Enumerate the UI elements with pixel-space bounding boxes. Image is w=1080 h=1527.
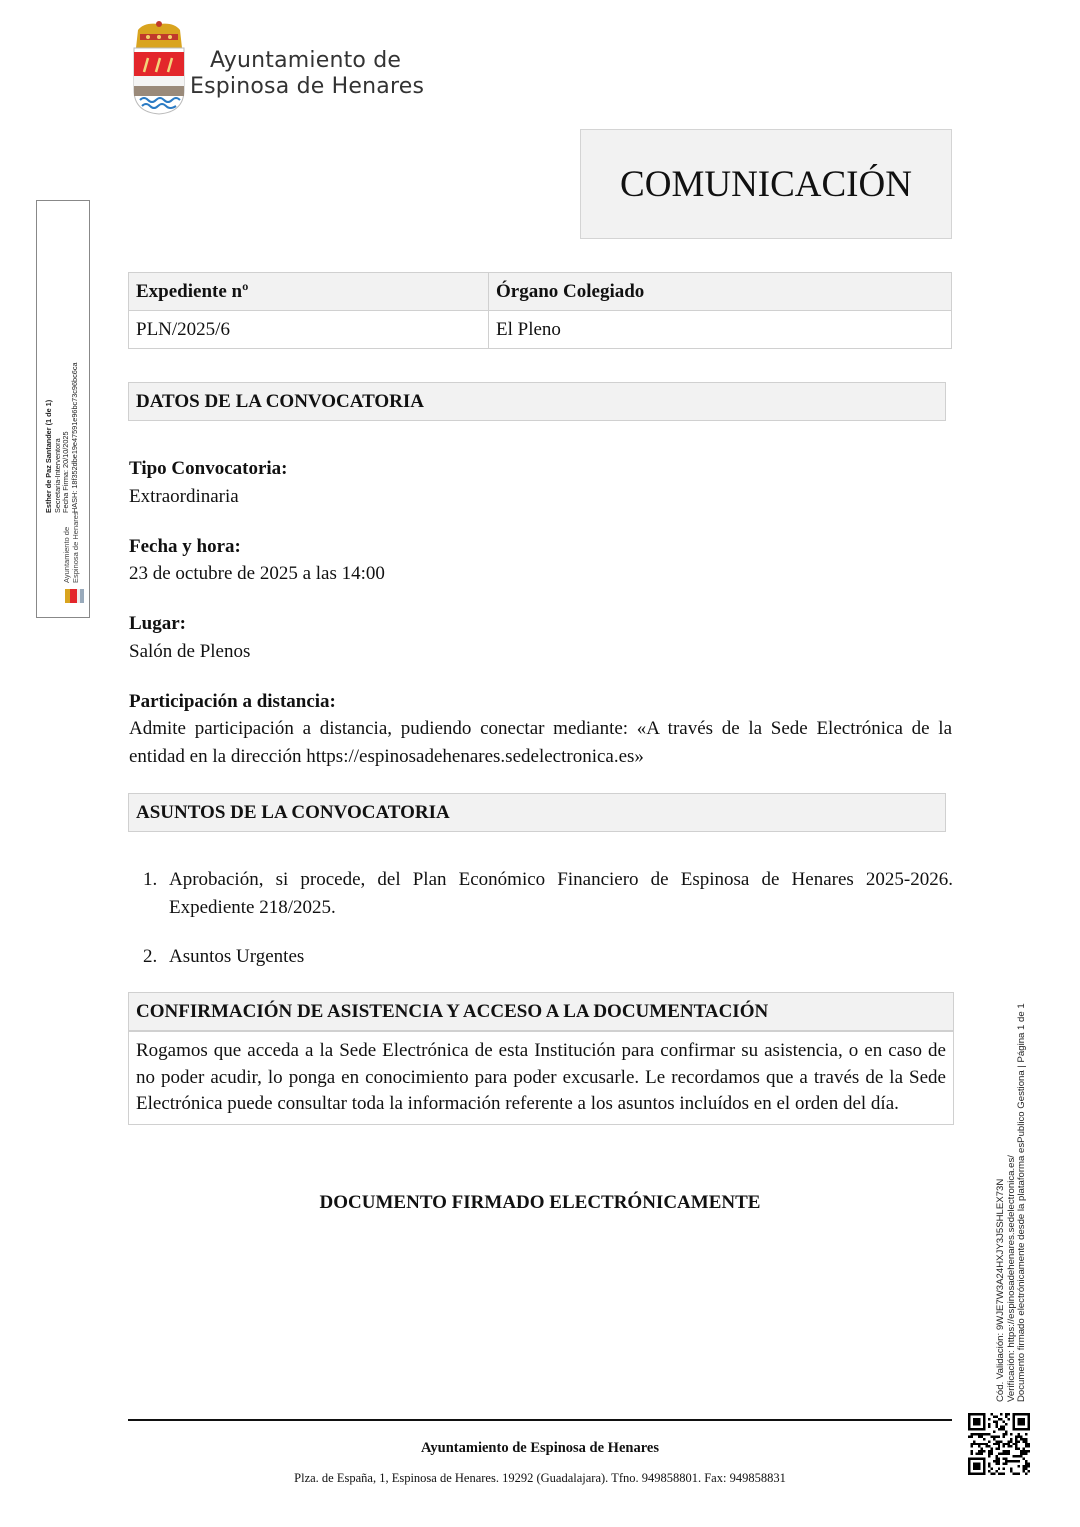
agenda-item-text: Aprobación, si procede, del Plan Económi… bbox=[169, 866, 953, 922]
participacion-label: Participación a distancia: bbox=[129, 691, 336, 713]
lugar-value: Salón de Plenos bbox=[129, 641, 250, 663]
confirmation-box: CONFIRMACIÓN DE ASISTENCIA Y ACCESO A LA… bbox=[128, 992, 954, 1125]
participacion-value: Admite participación a distancia, pudien… bbox=[129, 715, 952, 771]
header-expediente: Expediente nº bbox=[129, 273, 489, 311]
lugar-label: Lugar: bbox=[129, 613, 186, 635]
section-asuntos-header: ASUNTOS DE LA CONVOCATORIA bbox=[128, 793, 946, 832]
organo-value: El Pleno bbox=[489, 311, 952, 349]
fecha-hora-label: Fecha y hora: bbox=[129, 536, 241, 558]
agenda-item: 2. Asuntos Urgentes bbox=[143, 943, 953, 971]
confirmation-text: Rogamos que acceda a la Sede Electrónica… bbox=[129, 1032, 953, 1124]
tipo-convocatoria-value: Extraordinaria bbox=[129, 486, 239, 508]
signed-notice: DOCUMENTO FIRMADO ELECTRÓNICAMENTE bbox=[0, 1192, 1080, 1214]
validation-code: Cód. Validación: 9WJE7W3A24HXJY3J5SHLEX7… bbox=[996, 950, 1007, 1402]
coat-of-arms-icon bbox=[130, 20, 188, 116]
agenda-item-text: Asuntos Urgentes bbox=[169, 943, 953, 971]
stamp-org-name: Ayuntamiento de Espinosa de Henares bbox=[63, 511, 80, 583]
stamp-hash: HASH: 18f352dbe19e47591e96bc73c96bc6ca bbox=[71, 362, 80, 513]
signature-stamp: Ayuntamiento de Espinosa de Henares Esth… bbox=[36, 200, 90, 618]
coat-of-arms-icon bbox=[65, 587, 85, 605]
validation-platform: Documento firmado electrónicamente desde… bbox=[1017, 950, 1028, 1402]
document-type-title: COMUNICACIÓN bbox=[580, 129, 952, 239]
footer-org-name: Ayuntamiento de Espinosa de Henares bbox=[0, 1440, 1080, 1457]
qr-code-icon bbox=[968, 1413, 1030, 1475]
expediente-table: Expediente nº Órgano Colegiado PLN/2025/… bbox=[128, 272, 952, 349]
agenda-item-number: 1. bbox=[143, 866, 157, 894]
org-name-line1: Ayuntamiento de bbox=[190, 48, 424, 74]
footer-address: Plza. de España, 1, Espinosa de Henares.… bbox=[0, 1471, 1080, 1486]
table-header-row: Expediente nº Órgano Colegiado bbox=[129, 273, 952, 311]
footer-divider bbox=[128, 1419, 952, 1421]
section-datos-header: DATOS DE LA CONVOCATORIA bbox=[128, 382, 946, 421]
fecha-hora-value: 23 de octubre de 2025 a las 14:00 bbox=[129, 563, 385, 585]
agenda-item-number: 2. bbox=[143, 943, 157, 971]
table-row: PLN/2025/6 El Pleno bbox=[129, 311, 952, 349]
section-confirmacion-header: CONFIRMACIÓN DE ASISTENCIA Y ACCESO A LA… bbox=[129, 993, 953, 1032]
expediente-value: PLN/2025/6 bbox=[129, 311, 489, 349]
org-name-line2: Espinosa de Henares bbox=[190, 74, 424, 100]
org-logo: Ayuntamiento de Espinosa de Henares bbox=[130, 20, 430, 120]
tipo-convocatoria-label: Tipo Convocatoria: bbox=[129, 458, 288, 480]
header-organo: Órgano Colegiado bbox=[489, 273, 952, 311]
stamp-details: Esther de Paz Santander (1 de 1) Secreta… bbox=[45, 362, 79, 513]
agenda-item: 1. Aprobación, si procede, del Plan Econ… bbox=[143, 866, 953, 922]
org-name: Ayuntamiento de Espinosa de Henares bbox=[190, 48, 424, 100]
validation-info: Cód. Validación: 9WJE7W3A24HXJY3J5SHLEX7… bbox=[996, 950, 1036, 1402]
